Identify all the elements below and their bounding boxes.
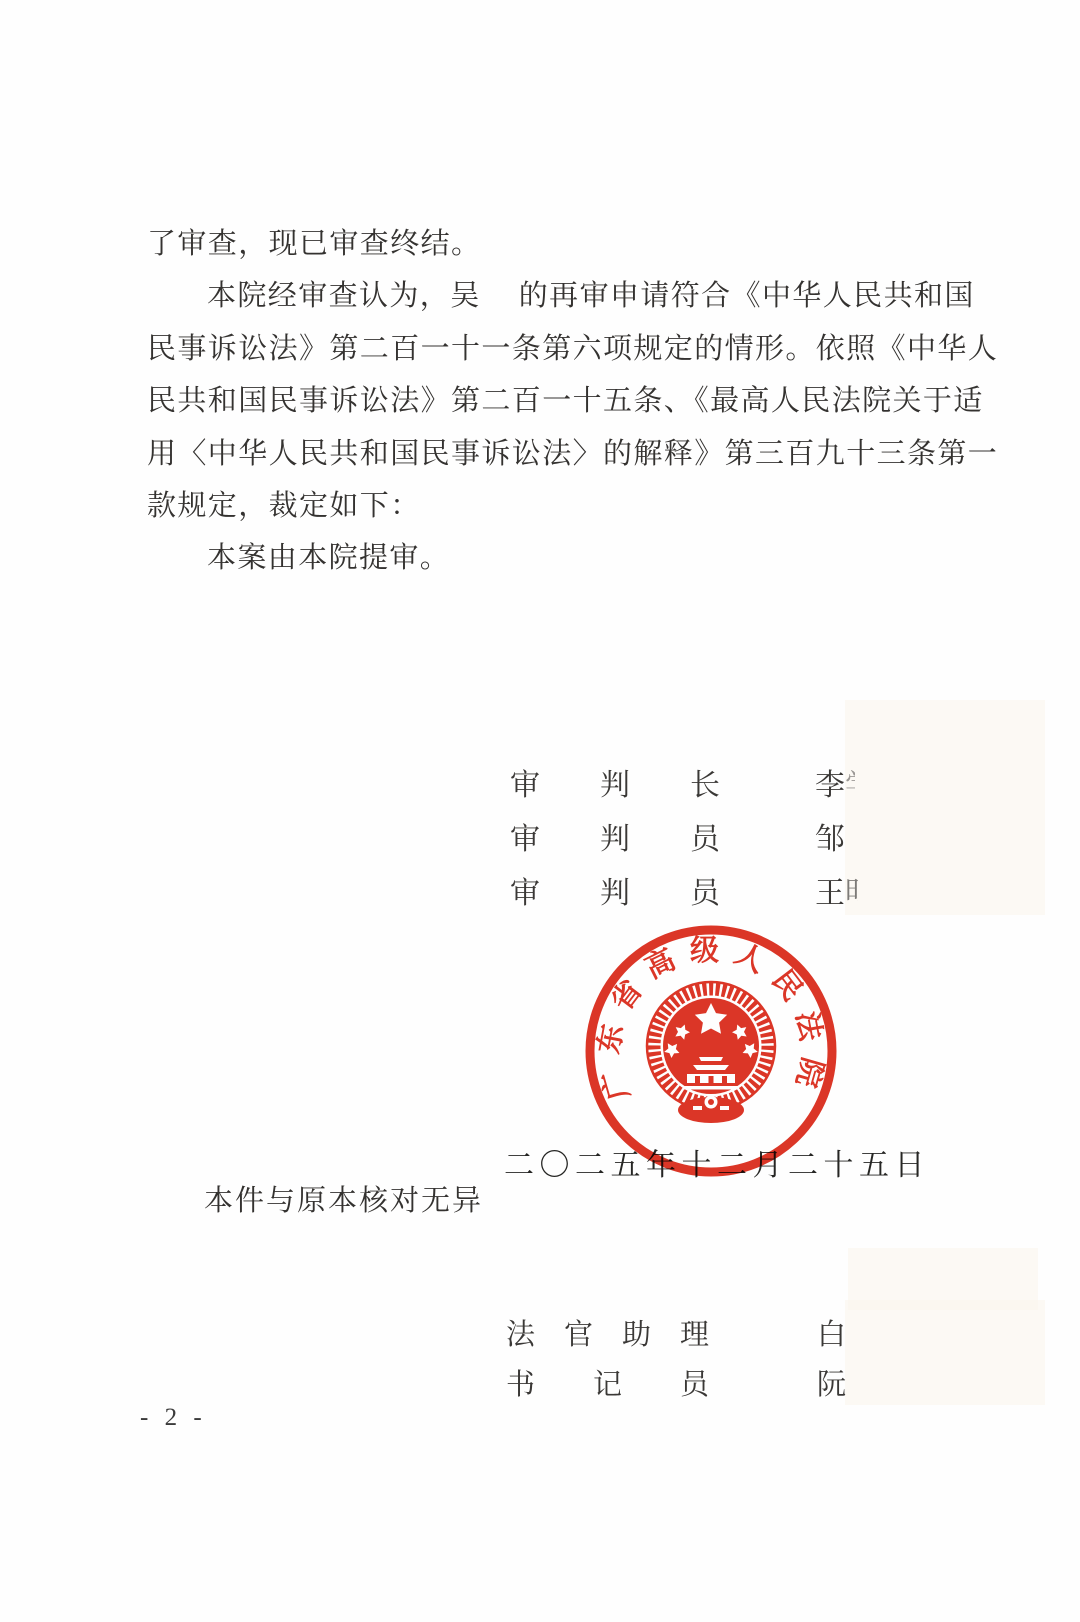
ribbon-slit <box>693 1106 702 1110</box>
emblem-small-star <box>673 1022 692 1041</box>
signature-judge: 审 判 员王明 <box>510 868 858 912</box>
ruling-body: 了审查，现已审查终结。 本院经审查认为，吴美的再审申请符合《中华人民共和国 民事… <box>147 218 1027 585</box>
body-line: 了审查，现已审查终结。 <box>147 218 1027 270</box>
body-line-ruling: 本案由本院提审。 <box>147 532 1027 584</box>
signature-judge: 审 判 员邹 <box>510 814 855 858</box>
redacted-glyph-fragment <box>846 1312 856 1344</box>
redacted-glyph-fragment: 学 <box>845 760 855 793</box>
body-line: 用〈中华人民共和国民事诉讼法〉的解释》第三百九十三条第一 <box>147 428 1027 480</box>
redacted-glyph-fragment: 美 <box>481 270 493 302</box>
role-label: 审 判 员 <box>510 877 720 910</box>
emblem-wreath-texture <box>654 989 768 1103</box>
gate-roof <box>693 1065 729 1070</box>
redacted-glyph-fragment <box>845 814 855 847</box>
emblem-core <box>663 998 759 1094</box>
emblem-small-star <box>739 1039 760 1060</box>
court-ruling-page: 了审查，现已审查终结。 本院经审查认为，吴美的再审申请符合《中华人民共和国 民事… <box>0 0 1080 1622</box>
gate-door <box>709 1076 714 1083</box>
svg-text:广东省高级人民法院: 广东省高级人民法院 <box>592 934 830 1103</box>
redacted-glyph-fragment: 明 <box>845 868 858 901</box>
ruling-date: 二〇二五年十二月二十五日 <box>504 1140 930 1184</box>
body-line-redacted: 本院经审查认为，吴美的再审申请符合《中华人民共和国 <box>147 270 1027 322</box>
gate-door <box>722 1076 727 1083</box>
body-line: 民共和国民事诉讼法》第二百一十五条、《最高人民法院关于适 <box>147 375 1027 427</box>
emblem-small-star <box>730 1022 749 1041</box>
gate-upper-roof <box>699 1057 723 1061</box>
redaction-patch <box>845 700 1045 915</box>
redaction-patch <box>845 1300 1045 1405</box>
verification-note: 本件与原本核对无异 <box>204 1178 483 1219</box>
body-line: 民事诉讼法》第二百一十一条第六项规定的情形。依照《中华人 <box>147 323 1027 375</box>
gate-door <box>695 1076 700 1083</box>
judge-name: 李 <box>815 769 845 802</box>
seal-outer-ring <box>590 930 832 1172</box>
emblem-big-star <box>695 1003 727 1034</box>
emblem-small-star <box>662 1039 683 1060</box>
redacted-glyph-fragment <box>846 1362 856 1394</box>
role-label: 书 记 员 <box>506 1369 709 1401</box>
role-label: 审 判 员 <box>510 823 720 856</box>
body-line-text: 本院经审查认为，吴 <box>207 280 481 312</box>
emblem-wreath-outline <box>647 982 775 1110</box>
judge-name: 王 <box>815 877 845 910</box>
staff-name: 阮 <box>817 1369 846 1401</box>
staff-name: 白 <box>817 1319 846 1351</box>
emblem-gear-hub-center <box>708 1099 714 1105</box>
body-line-text: 的再审申请符合《中华人民共和国 <box>519 280 975 312</box>
staff-court-clerk: 书 记 员阮 <box>506 1362 856 1403</box>
seal-ring-text: 广东省高级人民法院 <box>592 934 830 1103</box>
gate-wall <box>683 1086 739 1090</box>
emblem-ribbon <box>678 1097 744 1123</box>
judge-name: 邹 <box>815 823 845 856</box>
body-line: 款规定，裁定如下： <box>147 480 1027 532</box>
staff-judge-assistant: 法 官 助 理白 <box>506 1312 856 1353</box>
role-label: 审 判 长 <box>510 769 720 802</box>
ribbon-slit <box>720 1106 729 1110</box>
page-number: - 2 - <box>140 1404 207 1432</box>
emblem-gear-hub <box>705 1096 718 1109</box>
gate-base <box>687 1074 735 1083</box>
role-label: 法 官 助 理 <box>506 1319 709 1351</box>
signature-presiding-judge: 审 判 长李学 <box>510 760 855 804</box>
